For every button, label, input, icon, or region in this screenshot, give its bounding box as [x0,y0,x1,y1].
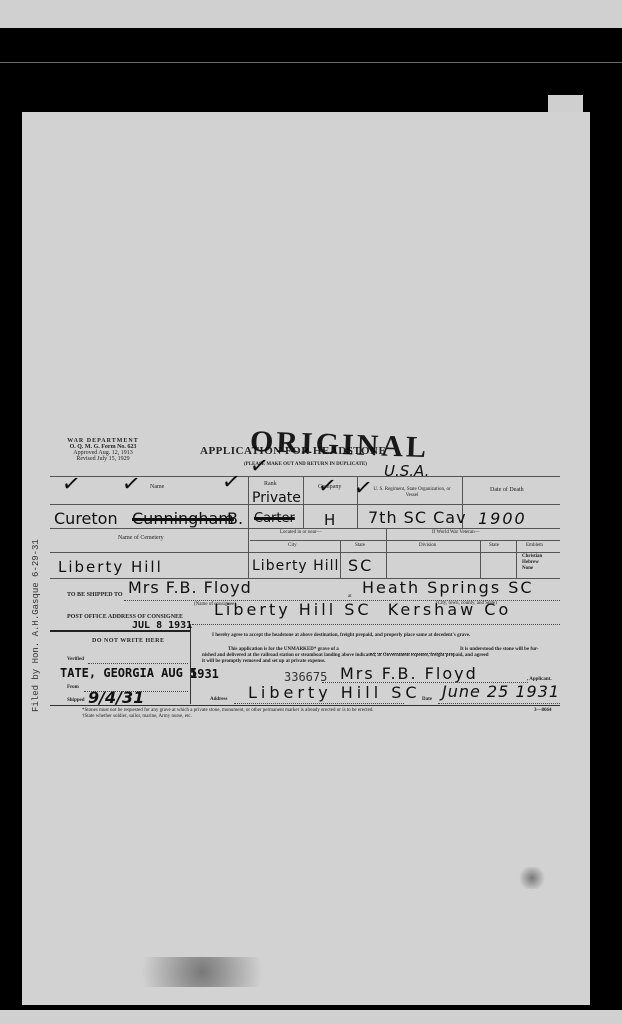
cemetery-state-value: SC [348,556,373,575]
scan-artifact [117,957,287,987]
shipped-label: Shipped [67,698,85,703]
date-label: Date [422,697,432,702]
paper-tab [548,95,583,112]
checkmark-icon: ✓ [248,453,270,480]
emblem-label: Emblem [526,543,543,548]
name-initial-value: B. [227,509,243,528]
divider [248,476,249,578]
rank-struck-value: Carter [254,511,295,526]
original-stamp: ORIGINAL [249,425,429,465]
divider [480,540,481,578]
address-label: Address [210,697,227,702]
filed-by-note: Filed by Hon. A.H.Gasque 6-29-31 [31,552,41,712]
checkmark-icon: ✓ [60,471,82,498]
ordered-stamp: TATE, GEORGIA AUG 5 [60,666,197,680]
company-value: H [324,511,335,529]
agreement-text: I hereby agree to accept the headstone a… [212,633,470,638]
regiment-value: 7th SC Cav [368,508,467,527]
scan-artifact [517,867,547,889]
divider [190,624,191,704]
consignee-value: Mrs F.B. Floyd [128,578,252,597]
date-of-death-value: 1900 [478,509,527,528]
divider [516,540,517,578]
divider [50,705,560,706]
do-not-write-label: DO NOT WRITE HERE [92,638,164,644]
dotted-line [234,703,404,704]
agreement-line2: nished and delivered at the railroad sta… [202,653,489,658]
rank-value: Private [252,490,301,506]
divider [386,528,387,578]
dotted-line [88,663,188,664]
state2-label: State [489,543,499,548]
state-label: State [355,543,365,548]
divider [50,552,560,553]
rank-column-header: Rank [264,481,277,487]
shipped-to-label: TO BE SHIPPED TO [67,592,123,598]
dotted-line [192,624,560,625]
ordered-year-stamp: 1931 [190,667,219,681]
checkmark-icon: ✓ [352,475,374,502]
city-label: City [288,543,297,548]
date-value: June 25 1931 [442,682,560,701]
applicant-value: Mrs F.B. Floyd [340,664,478,683]
located-label: Located in or near— [280,530,322,535]
revised-date: Revised July 15, 1929 [48,456,158,462]
cemetery-name-value: Liberty Hill [58,558,163,576]
at-label: at [348,594,352,599]
checkmark-icon: ✓ [316,473,338,500]
bottom-margin-band [0,1010,622,1024]
dotted-line [438,703,560,704]
footnote-2: †State whether soldier, sailor, marine, … [82,714,192,719]
checkmark-icon: ✓ [120,471,142,498]
cemetery-name-label: Name of Cemetery [118,535,164,541]
name-value: Cureton [54,509,118,528]
emblem-option-none: None [522,566,542,572]
name-column-header: Name [150,484,164,490]
date-of-death-column-header: Date of Death [490,487,524,493]
top-margin-band [0,0,622,28]
agreement-line3: it will be promptly removed and set up a… [202,659,326,664]
checkmark-icon: ✓ [220,469,242,496]
divider [50,528,560,529]
po-address-value: Liberty Hill SC Kershaw Co [214,600,511,619]
usa-annotation: U.S.A. [384,462,429,480]
division-label: Division [419,543,436,548]
address-value: Liberty Hill SC [248,683,421,702]
unmarked-text: This application is for the UNMARKED* gr… [228,647,339,652]
divider [250,540,560,541]
regiment-column-header: U. S. Regiment, State Organization, or V… [367,487,457,499]
scan-line [0,62,622,63]
divider [340,540,341,578]
cemetery-city-value: Liberty Hill [252,558,339,574]
emblem-options: Christian Hebrew None [522,554,542,572]
understood-text: It is understood the stone will be fur- [460,647,539,652]
wwv-label: If World War Veteran— [432,530,480,535]
from-label: From [67,685,79,690]
received-stamp: JUL 8 1931 [132,620,192,631]
form-header-info: WAR DEPARTMENT O. Q. M. G. Form No. 623 … [48,438,158,462]
destination-value: Heath Springs SC [362,578,534,597]
order-number-stamp: 336675 [284,670,327,684]
footnote-1: *Stones must not be requested for any gr… [82,708,374,713]
divider [50,504,560,505]
divider [303,476,304,528]
verified-label: Verified [67,657,84,662]
document-page: WAR DEPARTMENT O. Q. M. G. Form No. 623 … [22,112,590,1005]
name-struck-value: Cunningham [132,509,234,528]
form-code: 3—8664 [534,708,552,713]
